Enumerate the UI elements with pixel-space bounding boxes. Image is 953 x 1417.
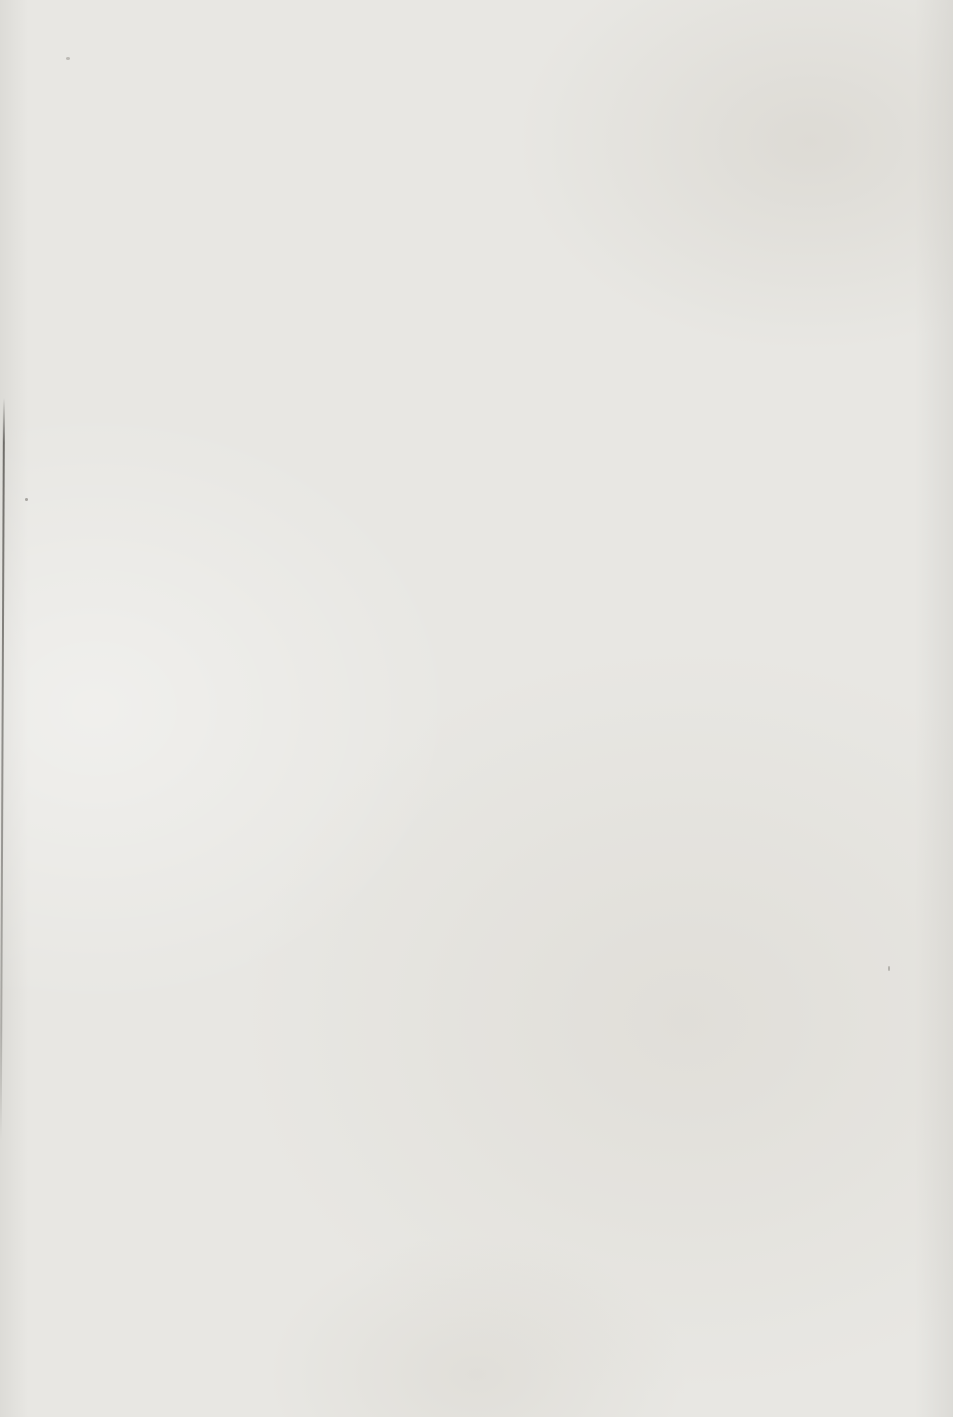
bleedthrough-header <box>700 47 900 67</box>
ink-speck <box>25 498 28 501</box>
document-page <box>0 0 953 1417</box>
ink-speck <box>66 57 70 60</box>
scan-scratch-line <box>0 398 5 1140</box>
ink-speck <box>888 966 890 971</box>
